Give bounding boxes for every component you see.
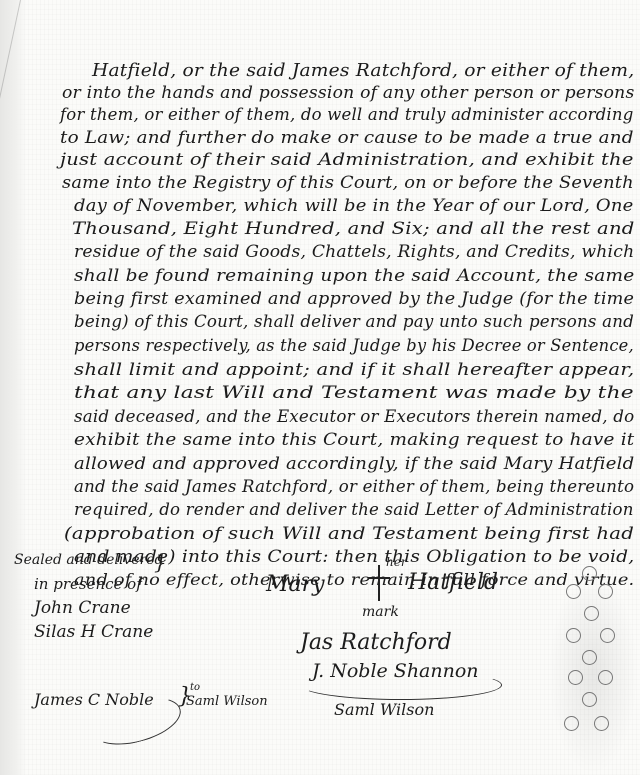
body-line: required, do render and deliver the said… — [74, 500, 634, 520]
body-line: that any last Will and Testament was mad… — [74, 383, 634, 403]
mark-label: mark — [362, 604, 399, 620]
body-line: just account of their said Administratio… — [60, 150, 634, 170]
seal-ring — [564, 716, 579, 731]
attestation-line-1: Sealed and delivered — [14, 552, 164, 568]
seal-shade — [548, 570, 638, 775]
seal-ring — [600, 628, 615, 643]
signature-wilson: Saml Wilson — [334, 700, 434, 719]
body-line: persons respectively, as the said Judge … — [74, 336, 634, 356]
brace: } — [154, 550, 167, 574]
body-line: same into the Registry of this Court, on… — [62, 173, 634, 193]
page-edge-shadow — [0, 0, 26, 775]
seal-ring — [598, 584, 613, 599]
signature-first-name: Mary — [266, 572, 325, 597]
body-line: Hatfield, or the said James Ratchford, o… — [92, 60, 634, 81]
signature-last-name: Hatfield — [408, 570, 498, 595]
body-line: shall limit and appoint; and if it shall… — [74, 360, 634, 380]
seal-ring — [598, 670, 613, 685]
seal-ring — [584, 606, 599, 621]
attestation-line-2: in presence of — [34, 575, 142, 593]
body-line: exhibit the same into this Court, making… — [74, 430, 634, 450]
seal-ring — [566, 628, 581, 643]
seal-ring — [594, 716, 609, 731]
signature-saml-wilson-left: Saml Wilson — [186, 694, 268, 709]
body-line: shall be found remaining upon the said A… — [74, 266, 635, 286]
body-line: Thousand, Eight Hundred, and Six; and al… — [72, 219, 635, 239]
body-line: to Law; and further do make or cause to … — [60, 128, 634, 148]
witness-name: Silas H Crane — [34, 622, 153, 642]
seal-ring — [582, 566, 597, 581]
signature-ratchford: Jas Ratchford — [300, 630, 452, 655]
cross-mark-icon — [368, 565, 390, 601]
seal-impression — [548, 560, 638, 775]
body-line: being first examined and approved by the… — [74, 289, 634, 309]
body-line: or into the hands and possession of any … — [62, 83, 634, 103]
body-line: for them, or either of them, do well and… — [60, 105, 634, 125]
body-line: (approbation of such Will and Testament … — [64, 524, 634, 544]
body-line: allowed and approved accordingly, if the… — [74, 454, 634, 474]
body-line: residue of the said Goods, Chattels, Rig… — [74, 242, 634, 262]
seal-ring — [582, 692, 597, 707]
body-line: being) of this Court, shall deliver and … — [74, 312, 634, 332]
body-line: said deceased, and the Executor or Execu… — [74, 407, 634, 427]
witness-name: John Crane — [34, 598, 131, 618]
body-line: and the said James Ratchford, or either … — [74, 477, 634, 497]
body-line: day of November, which will be in the Ye… — [74, 196, 634, 216]
document-page: Hatfield, or the said James Ratchford, o… — [0, 0, 640, 775]
seal-ring — [582, 650, 597, 665]
signature-flourish — [300, 670, 502, 700]
seal-ring — [568, 670, 583, 685]
seal-ring — [566, 584, 581, 599]
to-label: to — [190, 682, 200, 693]
